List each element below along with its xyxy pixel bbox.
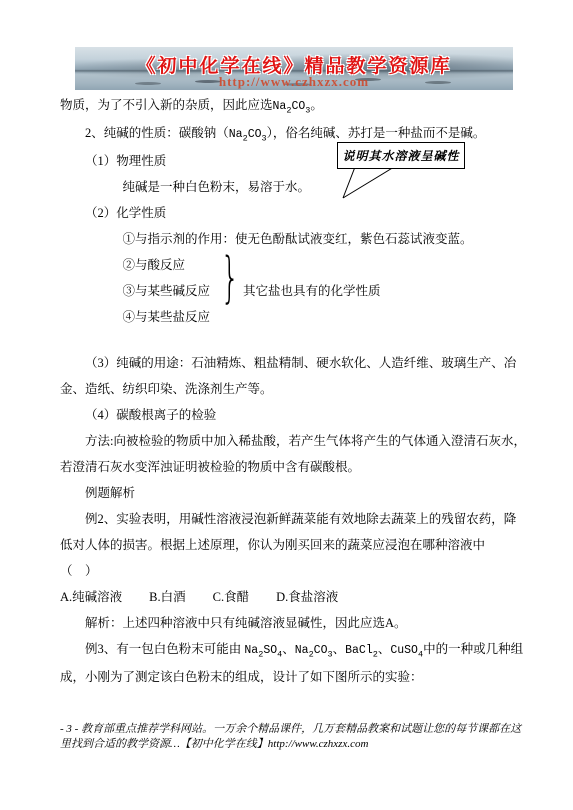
paragraph-uses: （3）纯碱的用途：石油精炼、粗盐精制、硬水软化、人造纤维、玻璃生产、冶金、造纸、… xyxy=(60,350,528,402)
option-d: D.食盐溶液 xyxy=(276,584,338,610)
list-item-acid-reaction: ②与酸反应 xyxy=(60,252,528,278)
document-body: 物质，为了不引入新的杂质，因此应选Na2CO3。 2、纯碱的性质：碳酸钠（Na2… xyxy=(60,92,528,690)
paragraph-example3: 例3、有一包白色粉末可能由 Na2SO4、Na2CO3、BaCl2、CuSO4中… xyxy=(60,636,528,690)
callout-note: 说明其水溶液呈碱性 xyxy=(337,142,465,169)
footer-text: - 3 - 教育部重点推荐学科网站。一万余个精品课件，几万套精品教案和试题让您的… xyxy=(60,723,521,750)
paragraph-test-method: 方法:向被检验的物质中加入稀盐酸，若产生气体将产生的气体通入澄清石灰水，若澄清石… xyxy=(60,428,528,480)
list-item-salt-reaction: ④与某些盐反应 xyxy=(60,304,528,330)
paragraph-example2: 例2、实验表明，用碱性溶液浸泡新鲜蔬菜能有效地除去蔬菜上的残留农药，降低对人体的… xyxy=(60,506,528,558)
options-row: A.纯碱溶液 B.白酒 C.食醋 D.食盐溶液 xyxy=(60,584,528,610)
banner-url-link[interactable]: http://www.czhxzx.com xyxy=(219,74,369,90)
callout-text: 说明其水溶液呈碱性 xyxy=(342,147,459,164)
heading-carbonate-test: （4）碳酸根离子的检验 xyxy=(60,402,528,428)
paragraph-physical-properties: 纯碱是一种白色粉末，易溶于水。 xyxy=(60,174,528,200)
page-footer: - 3 - 教育部重点推荐学科网站。一万余个精品课件，几万套精品教案和试题让您的… xyxy=(60,722,522,752)
option-c: C.食醋 xyxy=(213,584,249,610)
callout-tail xyxy=(341,167,399,200)
option-b: B.白酒 xyxy=(149,584,185,610)
paragraph-conclusion: 物质，为了不引入新的杂质，因此应选Na2CO3。 xyxy=(60,92,528,120)
paragraph-answer2: 解析：上述四种溶液中只有纯碱溶液显碱性，因此应选A。 xyxy=(60,610,528,636)
heading-example-analysis: 例题解析 xyxy=(60,480,528,506)
blank-choice-parentheses: （ ） xyxy=(60,558,528,584)
heading-chemical-properties: （2）化学性质 xyxy=(60,200,528,226)
header-banner: 《初中化学在线》精品教学资源库 http://www.czhxzx.com xyxy=(75,47,513,90)
list-item-indicator: ①与指示剂的作用：使无色酚酞试液变红，紫色石蕊试液变蓝。 xyxy=(60,226,528,252)
grouping-brace: } xyxy=(221,249,240,307)
brace-note: 其它盐也具有的化学性质 xyxy=(243,278,381,304)
option-a: A.纯碱溶液 xyxy=(60,584,122,610)
document-page: 《初中化学在线》精品教学资源库 http://www.czhxzx.com 物质… xyxy=(0,0,573,810)
chemical-properties-group: ②与酸反应 ③与某些碱反应 ④与某些盐反应 } 其它盐也具有的化学性质 xyxy=(60,252,528,330)
